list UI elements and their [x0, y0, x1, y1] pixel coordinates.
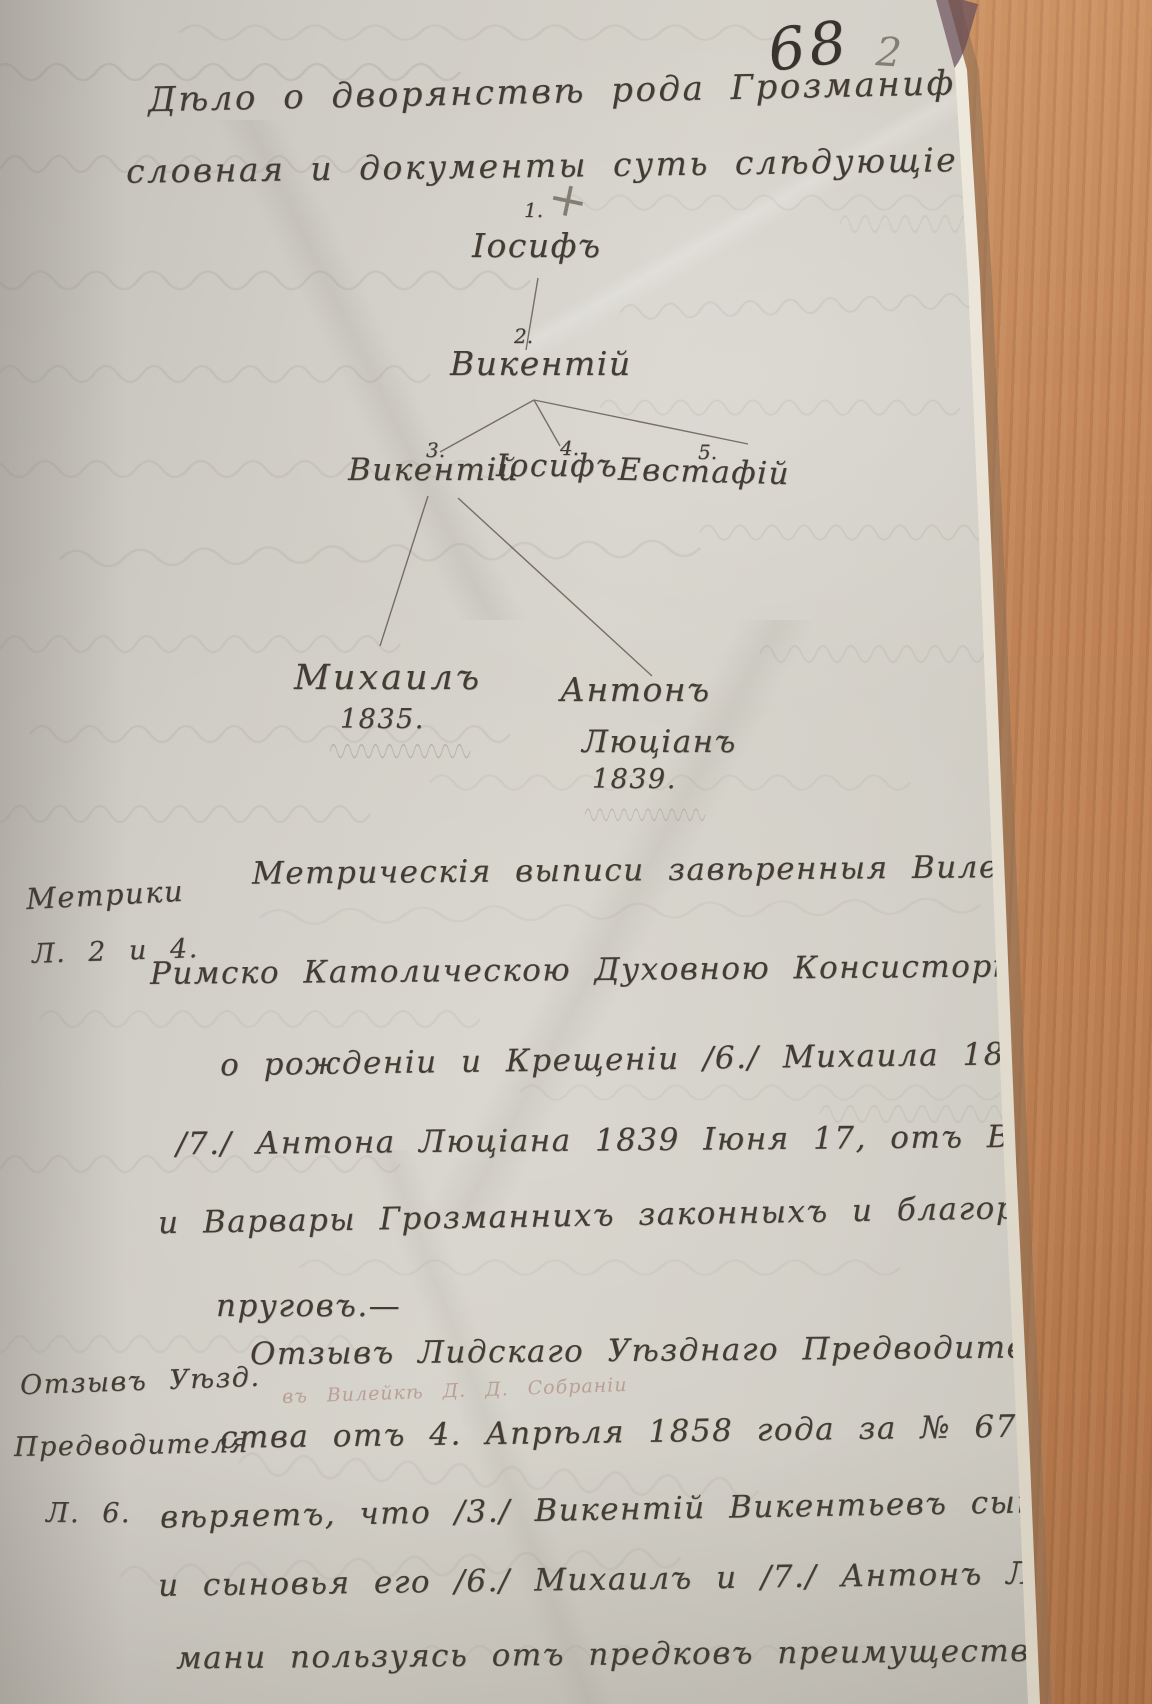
photographed-archival-document: { "document": { "kind": "handwritten arc… — [0, 0, 1152, 1704]
tree-node1-number: 1. — [524, 198, 543, 222]
pencil-annotation: въ Вилейкѣ Д. Д. Собраніи — [282, 1374, 628, 1408]
tree-node7-name: Антонъ — [560, 670, 711, 709]
paragraph2-line2: ства отъ 4. Апрѣля 1858 года за № 670, к… — [220, 1404, 1152, 1456]
paragraph2-line3: вѣряетъ, что /3./ Викентій Викентьевъ сы… — [160, 1480, 1152, 1535]
paragraph1-line1: Метрическія выписи завѣренныя Виленскою — [252, 848, 1109, 891]
tree-node2-name: Викентій — [450, 344, 632, 383]
tree-node5-name: Евстафій — [618, 452, 791, 492]
paper-crease — [0, 120, 820, 620]
margin-note-opinion-line3: Л. 6. — [46, 1498, 131, 1529]
paragraph2-line5: мани пользуясь отъ предковъ преимущества… — [176, 1632, 1152, 1677]
tree-node7-name2: Люціанъ — [582, 724, 737, 760]
margin-note-opinion-line2: Предводителя — [14, 1428, 250, 1463]
paragraph1-line5: и Варвары Грозманнихъ законныхъ и благор… — [158, 1187, 1152, 1242]
paragraph1-line6: пруговъ.— — [216, 1288, 401, 1324]
tree-node6-birthyear: 1835. — [340, 704, 425, 735]
margin-note-metrics-line1: Метрики — [25, 874, 185, 916]
tree-node1-name: Іосифъ — [472, 226, 601, 265]
tree-node3-name: Викентій — [348, 452, 519, 488]
margin-note-opinion-line1: Отзывъ Уѣзд. — [20, 1362, 261, 1401]
tree-node7-birthyear: 1839. — [592, 764, 677, 795]
paragraph2-line4: и сыновья его /6./ Михаилъ и /7./ Антонъ… — [158, 1552, 1152, 1604]
tree-node4-name: Іосифъ — [496, 448, 618, 484]
paragraph1-line2: Римско Католическою Духовною Консисторіе… — [150, 948, 1053, 992]
case-title-line2: словная и документы суть слѣдующіе — [126, 140, 959, 191]
tree-node6-name: Михаилъ — [294, 658, 482, 698]
